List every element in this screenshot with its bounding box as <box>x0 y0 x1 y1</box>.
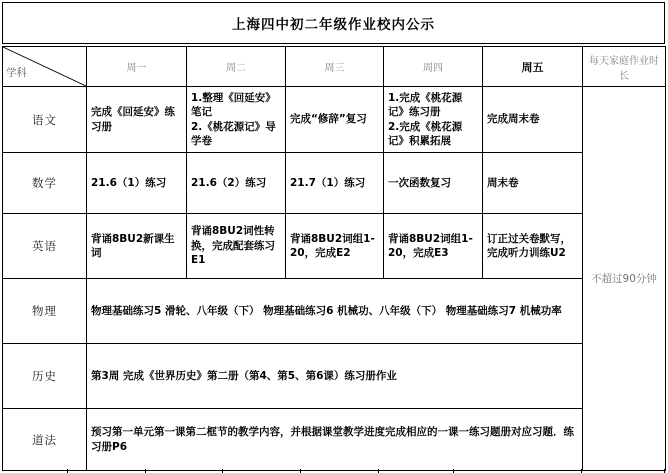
cell-chinese-wed: 完成“修辞”复习 <box>286 87 384 153</box>
subject-cell-history: 历史 <box>3 344 87 409</box>
table-row-ethics: 道法 预习第一单元第一课第二框节的教学内容，并根据课堂教学进度完成相应的一课一练… <box>3 409 666 471</box>
header-tuesday: 周二 <box>187 47 286 87</box>
cell-math-mon: 21.6（1）练习 <box>87 153 187 214</box>
table-row-history: 历史 第3周 完成《世界历史》第二册（第4、第5、第6课）练习册作业 <box>3 344 666 409</box>
header-friday: 周五 <box>483 47 583 87</box>
duration-note-cell: 不超过90分钟 <box>583 87 666 471</box>
header-row: 学科 周一 周二 周三 周四 周五 每天家庭作业时长 <box>3 47 666 87</box>
homework-table: 学科 周一 周二 周三 周四 周五 每天家庭作业时长 语文 完成《回延安》练习册… <box>2 46 666 471</box>
cell-english-wed: 背诵8BU2词组1-20，完成E2 <box>286 214 384 279</box>
header-monday: 周一 <box>87 47 187 87</box>
cell-math-tue: 21.6（2）练习 <box>187 153 286 214</box>
cell-chinese-tue: 1.整理《回延安》笔记 2.《桃花源记》导学卷 <box>187 87 286 153</box>
cell-ethics-week: 预习第一单元第一课第二框节的教学内容，并根据课堂教学进度完成相应的一课一练习题册… <box>87 409 583 471</box>
cell-english-fri: 订正过关卷默写，完成听力训练U2 <box>483 214 583 279</box>
homework-notice-sheet: 上海四中初二年级作业校内公示 学科 周一 周二 周三 周四 周五 每天家庭作业时… <box>0 0 668 473</box>
table-row-math: 数学 21.6（1）练习 21.6（2）练习 21.7（1）练习 一次函数复习 … <box>3 153 666 214</box>
subject-cell-ethics: 道法 <box>3 409 87 471</box>
subject-cell-physics: 物理 <box>3 279 87 344</box>
page-title: 上海四中初二年级作业校内公示 <box>2 2 665 44</box>
cell-english-tue: 背诵8BU2词性转换，完成配套练习E1 <box>187 214 286 279</box>
cell-math-thu: 一次函数复习 <box>384 153 483 214</box>
header-wednesday: 周三 <box>286 47 384 87</box>
subject-header-label: 学科 <box>6 65 27 80</box>
cell-chinese-mon: 完成《回延安》练习册 <box>87 87 187 153</box>
table-row-physics: 物理 物理基础练习5 滑轮、八年级（下） 物理基础练习6 机械功、八年级（下） … <box>3 279 666 344</box>
subject-cell-chinese: 语文 <box>3 87 87 153</box>
header-duration: 每天家庭作业时长 <box>583 47 666 87</box>
cell-chinese-thu: 1.完成《桃花源记》练习册 2.完成《桃花源记》积累拓展 <box>384 87 483 153</box>
cell-math-wed: 21.7（1）练习 <box>286 153 384 214</box>
cell-math-fri: 周末卷 <box>483 153 583 214</box>
table-row-chinese: 语文 完成《回延安》练习册 1.整理《回延安》笔记 2.《桃花源记》导学卷 完成… <box>3 87 666 153</box>
cell-physics-week: 物理基础练习5 滑轮、八年级（下） 物理基础练习6 机械功、八年级（下） 物理基… <box>87 279 583 344</box>
cell-english-mon: 背诵8BU2新课生词 <box>87 214 187 279</box>
table-row-english: 英语 背诵8BU2新课生词 背诵8BU2词性转换，完成配套练习E1 背诵8BU2… <box>3 214 666 279</box>
subject-header-cell: 学科 <box>3 47 87 87</box>
subject-cell-english: 英语 <box>3 214 87 279</box>
cell-chinese-fri: 完成周末卷 <box>483 87 583 153</box>
cell-english-thu: 背诵8BU2词组1-20，完成E3 <box>384 214 483 279</box>
cell-history-week: 第3周 完成《世界历史》第二册（第4、第5、第6课）练习册作业 <box>87 344 583 409</box>
header-thursday: 周四 <box>384 47 483 87</box>
subject-cell-math: 数学 <box>3 153 87 214</box>
